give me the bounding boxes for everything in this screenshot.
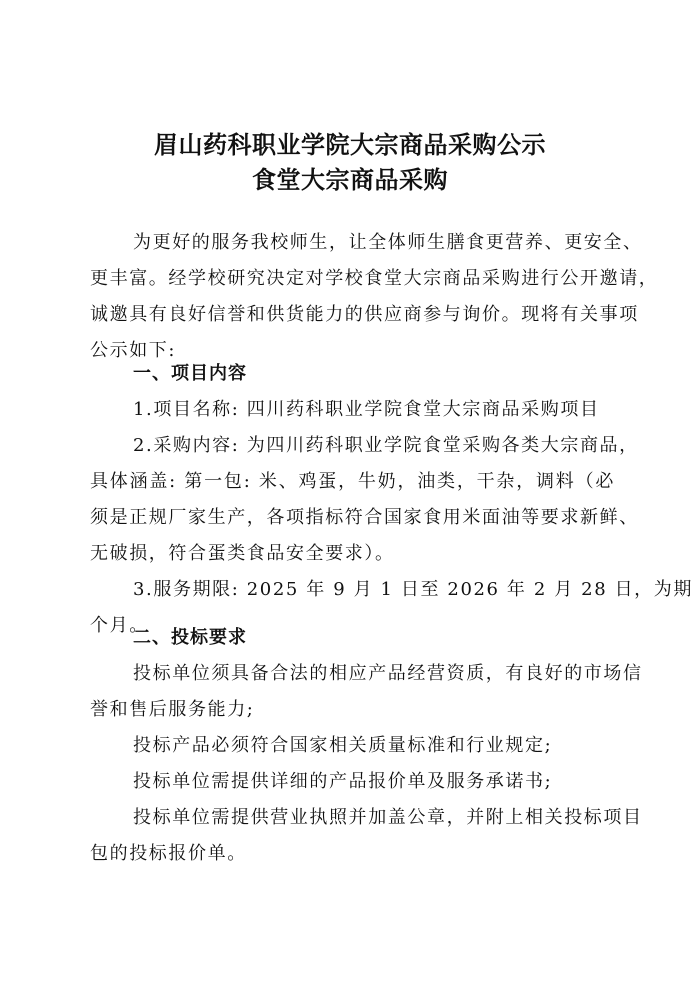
requirement-item: 投标单位需提供详细的产品报价单及服务承诺书;	[133, 770, 615, 794]
document-title: 眉山药科职业学院大宗商品采购公示	[0, 125, 700, 160]
section-heading: 一、项目内容	[133, 362, 615, 386]
text-line: 3.服务期限: 2025 年 9 月 1 日至 2026 年 2 月 28 日，…	[133, 578, 615, 602]
text-line: 更丰富。经学校研究决定对学校食堂大宗商品采购进行公开邀请，	[90, 267, 615, 291]
requirement-item: 投标产品必须符合国家相关质量标准和行业规定;	[133, 734, 615, 758]
text-line: 诚邀具有良好信誉和供货能力的供应商参与询价。现将有关事项	[90, 303, 615, 327]
text-line: 誉和售后服务能力;	[90, 698, 615, 722]
text-line: 公示如下:	[90, 339, 615, 363]
text-line: 须是正规厂家生产，各项指标符合国家食用米面油等要求新鲜、	[90, 506, 615, 530]
text-line: 投标单位须具备合法的相应产品经营资质，有良好的市场信	[133, 662, 615, 686]
text-line: 为更好的服务我校师生，让全体师生膳食更营养、更安全、	[133, 231, 615, 255]
text-line: 投标单位需提供营业执照并加盖公章，并附上相关投标项目	[133, 806, 615, 830]
text-line: 具体涵盖: 第一包: 米、鸡蛋，牛奶，油类，干杂，调料（必	[90, 470, 615, 494]
text-line: 无破损，符合蛋类食品安全要求）。	[90, 542, 615, 566]
section-heading: 二、投标要求	[133, 626, 615, 650]
document-subtitle: 食堂大宗商品采购	[0, 160, 700, 195]
text-line: 2.采购内容: 为四川药科职业学院食堂采购各类大宗商品，	[133, 434, 615, 458]
text-line: 包的投标报价单。	[90, 842, 615, 866]
project-name-item: 1.项目名称: 四川药科职业学院食堂大宗商品采购项目	[133, 398, 615, 422]
